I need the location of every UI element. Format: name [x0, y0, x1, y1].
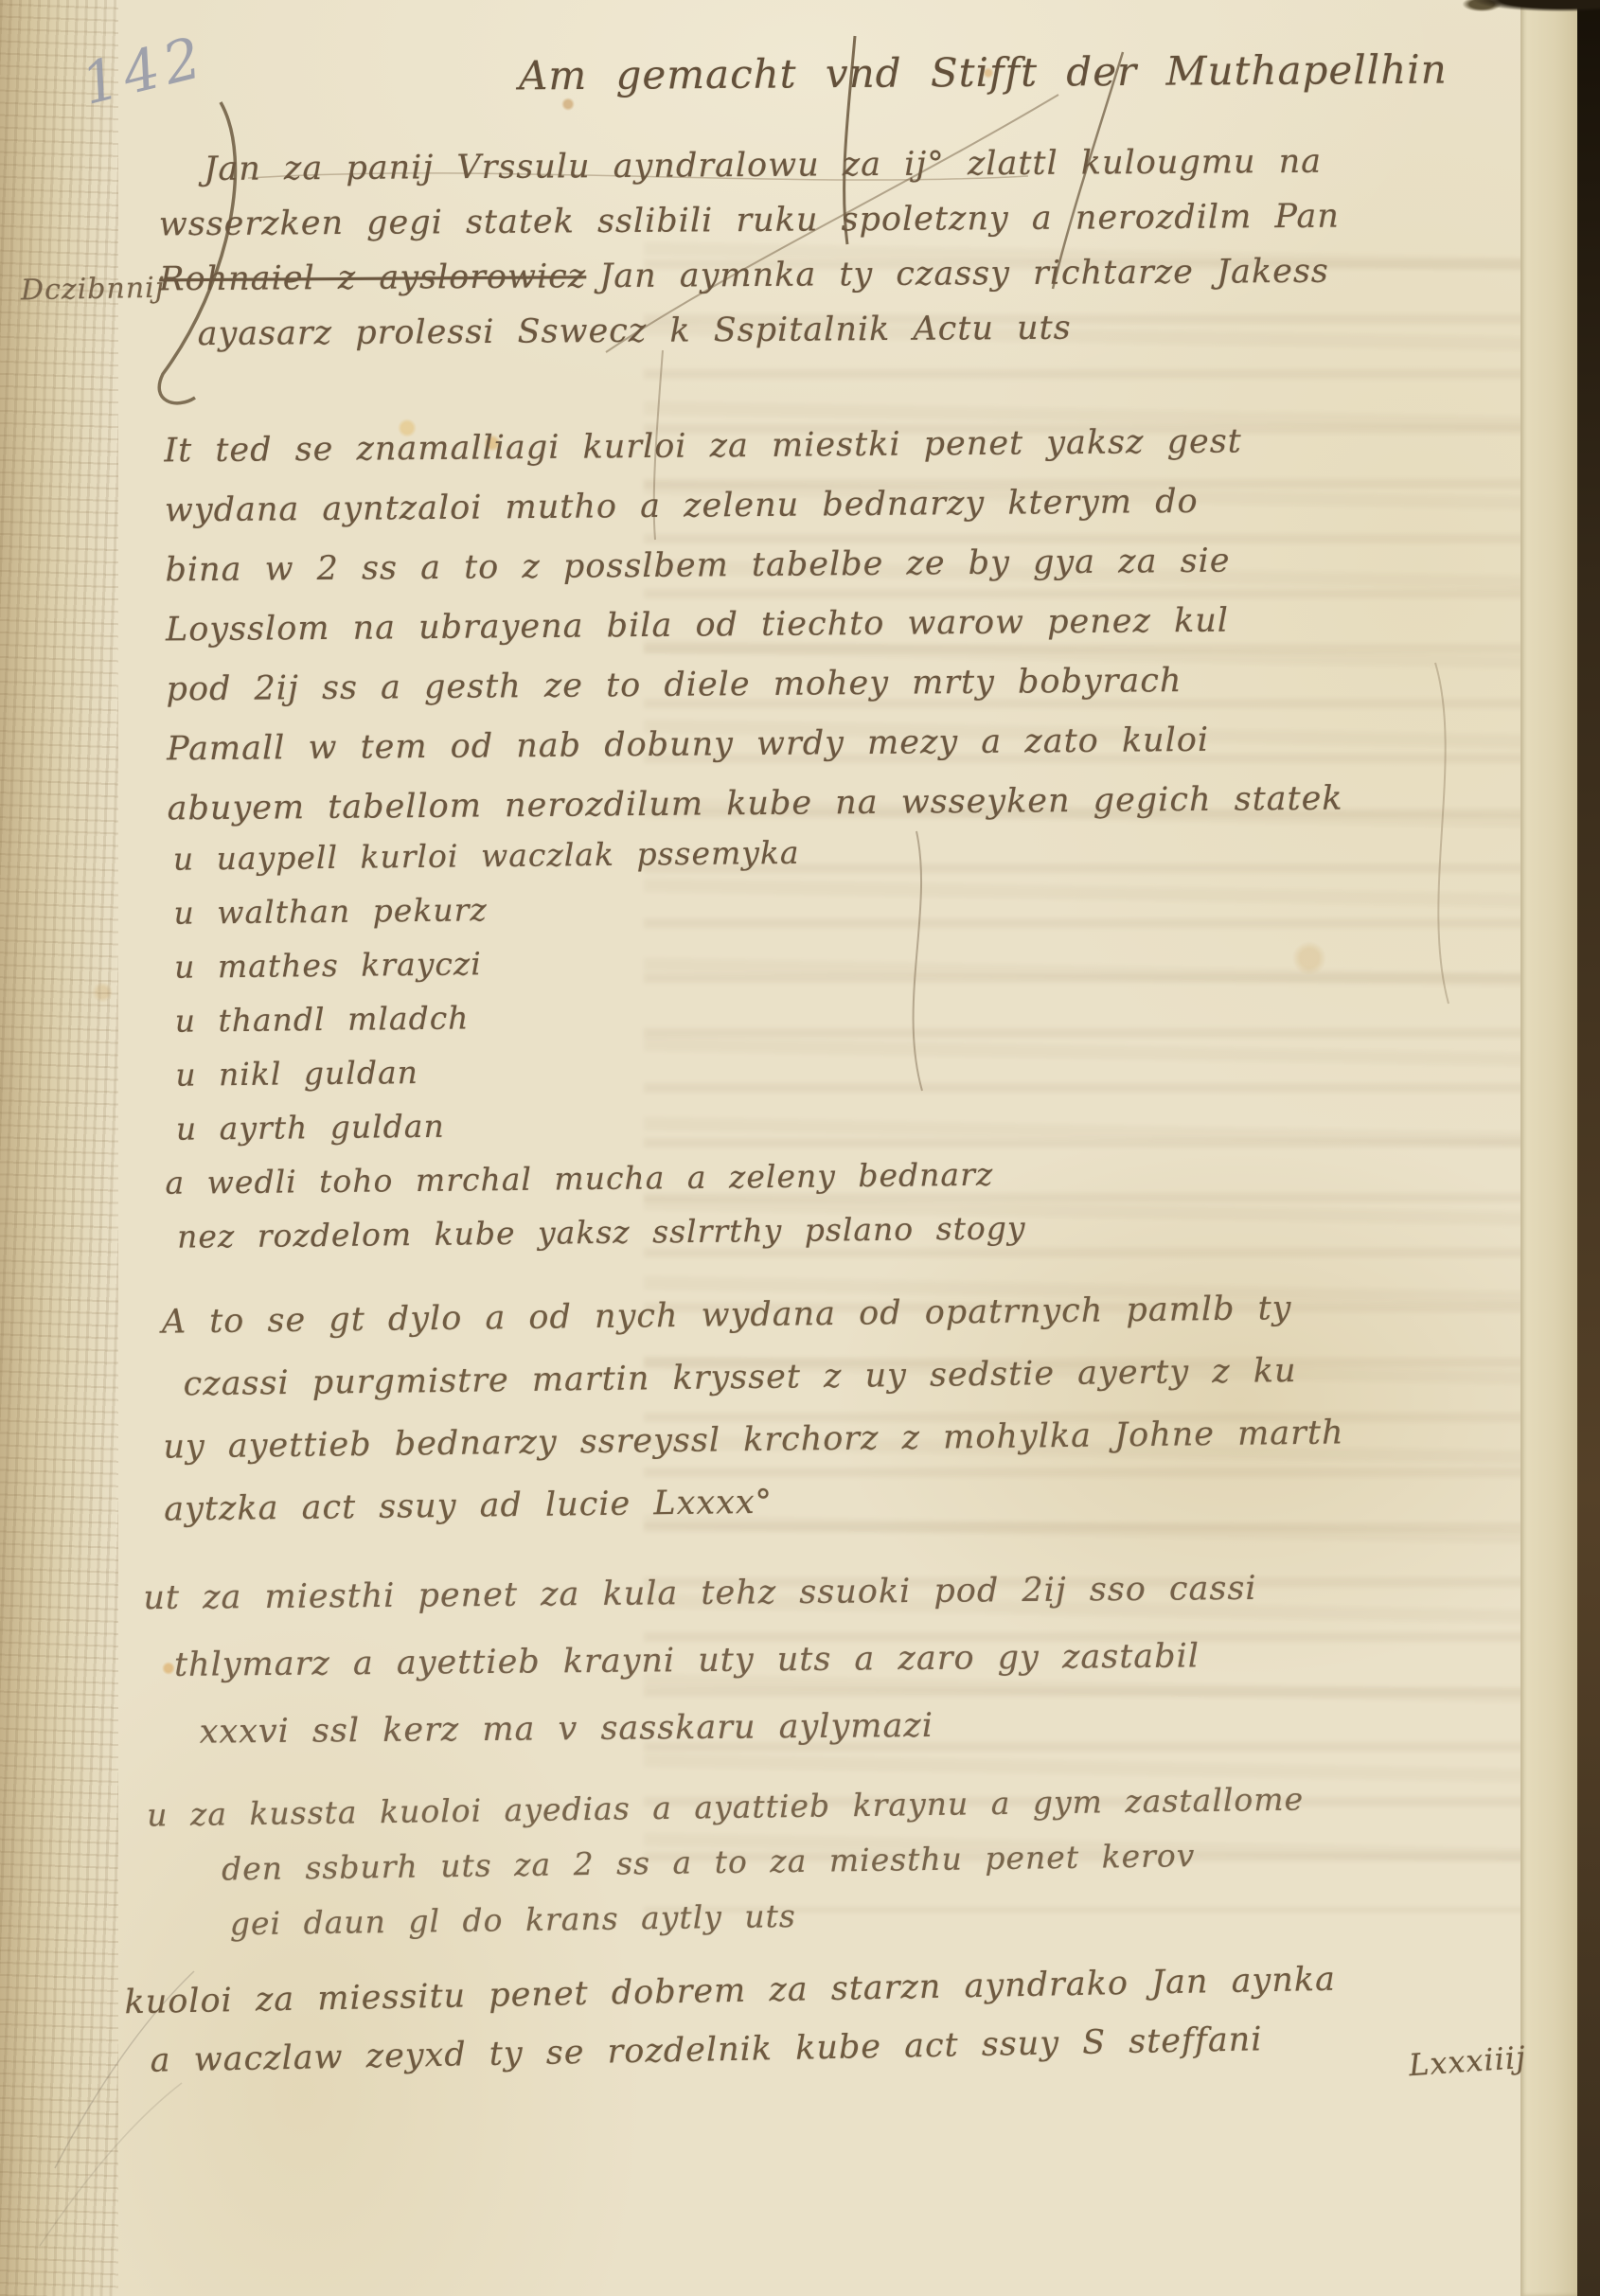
list-item: u nikl guldan — [175, 1039, 1024, 1101]
manuscript-line: Pamall w tem od nab dobuny wrdy mezy a z… — [167, 710, 1342, 780]
officials-paragraph: A to se gt dylo a od nych wydana od opat… — [161, 1276, 1344, 1540]
manuscript-text: Jan aymnka ty czassy richtarze Jakess — [599, 253, 1329, 295]
margin-note: Dczibnnij — [21, 272, 166, 308]
page-edge-stack — [1520, 0, 1579, 2296]
page-heading: Am gemacht vnd Stifft der Muthapellhin — [519, 46, 1448, 99]
manuscript-line: aytzka act ssuy ad lucie Lxxxx° — [164, 1464, 1345, 1540]
year-roman-numeral: Lxxxiiij — [1408, 2039, 1527, 2084]
list-item: nez rozdelom kube yaksz sslrrthy pslano … — [177, 1201, 1026, 1263]
list-item: u thandl mladch — [174, 985, 1023, 1047]
name-list: u uaypell kurloi waczlak pssemyka u walt… — [173, 823, 1026, 1263]
struck-through-text: Rohnaiel z ayslorowicz — [159, 258, 586, 298]
payment-paragraph: ut za miesthi penet za kula tehz ssuoki … — [143, 1556, 1258, 1767]
list-item: a wedli toho mrchal mucha a zeleny bedna… — [165, 1147, 1025, 1210]
intro-block: Jan za panij Vrssulu ayndralowu za ij° z… — [158, 134, 1341, 363]
list-item: u uaypell kurloi waczlak pssemyka — [173, 823, 1022, 885]
manuscript-line: wsserzken gegi statek sslibili ruku spol… — [159, 189, 1340, 253]
closing-entry: kuoloi za miessitu penet dobrem za starz… — [124, 1950, 1338, 2091]
list-item: u mathes krayczi — [174, 931, 1023, 993]
top-right-corner-shadow — [1449, 0, 1600, 21]
manuscript-page: 142 Am gemacht vnd Stifft der Muthapellh… — [0, 0, 1600, 2296]
folio-number-pencil: 142 — [76, 24, 214, 118]
manuscript-line: ut za miesthi penet za kula tehz ssuoki … — [143, 1556, 1257, 1632]
second-payment-paragraph: u za kussta kuoloi ayedias a ayattieb kr… — [147, 1771, 1306, 1952]
manuscript-line: thlymarz a ayettieb krayni uty uts a zar… — [144, 1623, 1258, 1700]
manuscript-line: Loysslom na ubrayena bila od tiechto war… — [166, 591, 1342, 661]
manuscript-line: Jan za panij Vrssulu ayndralowu za ij° z… — [158, 134, 1339, 198]
list-item: u walthan pekurz — [173, 877, 1022, 939]
manuscript-line: pod 2ij ss a gesth ze to diele mohey mrt… — [166, 650, 1342, 721]
manuscript-line: xxxvi ssl kerz ma v sasskaru aylymazi — [144, 1690, 1258, 1767]
manuscript-line: It ted se znamalliagi kurloi za miestki … — [164, 412, 1340, 482]
manuscript-line: bina w 2 ss a to z posslbem tabelbe ze b… — [165, 531, 1341, 601]
manuscript-line: ayasarz prolessi Sswecz k Sspitalnik Act… — [159, 299, 1340, 363]
list-item: u ayrth guldan — [176, 1093, 1025, 1155]
manuscript-line: Rohnaiel z ayslorowiczJan aymnka ty czas… — [159, 244, 1340, 308]
binding-gutter-edge — [0, 0, 118, 2296]
scan-dark-edge — [1577, 0, 1600, 2296]
manuscript-line: wydana ayntzaloi mutho a zelenu bednarzy… — [165, 472, 1341, 542]
main-paragraph: It ted se znamalliagi kurloi za miestki … — [164, 412, 1343, 840]
